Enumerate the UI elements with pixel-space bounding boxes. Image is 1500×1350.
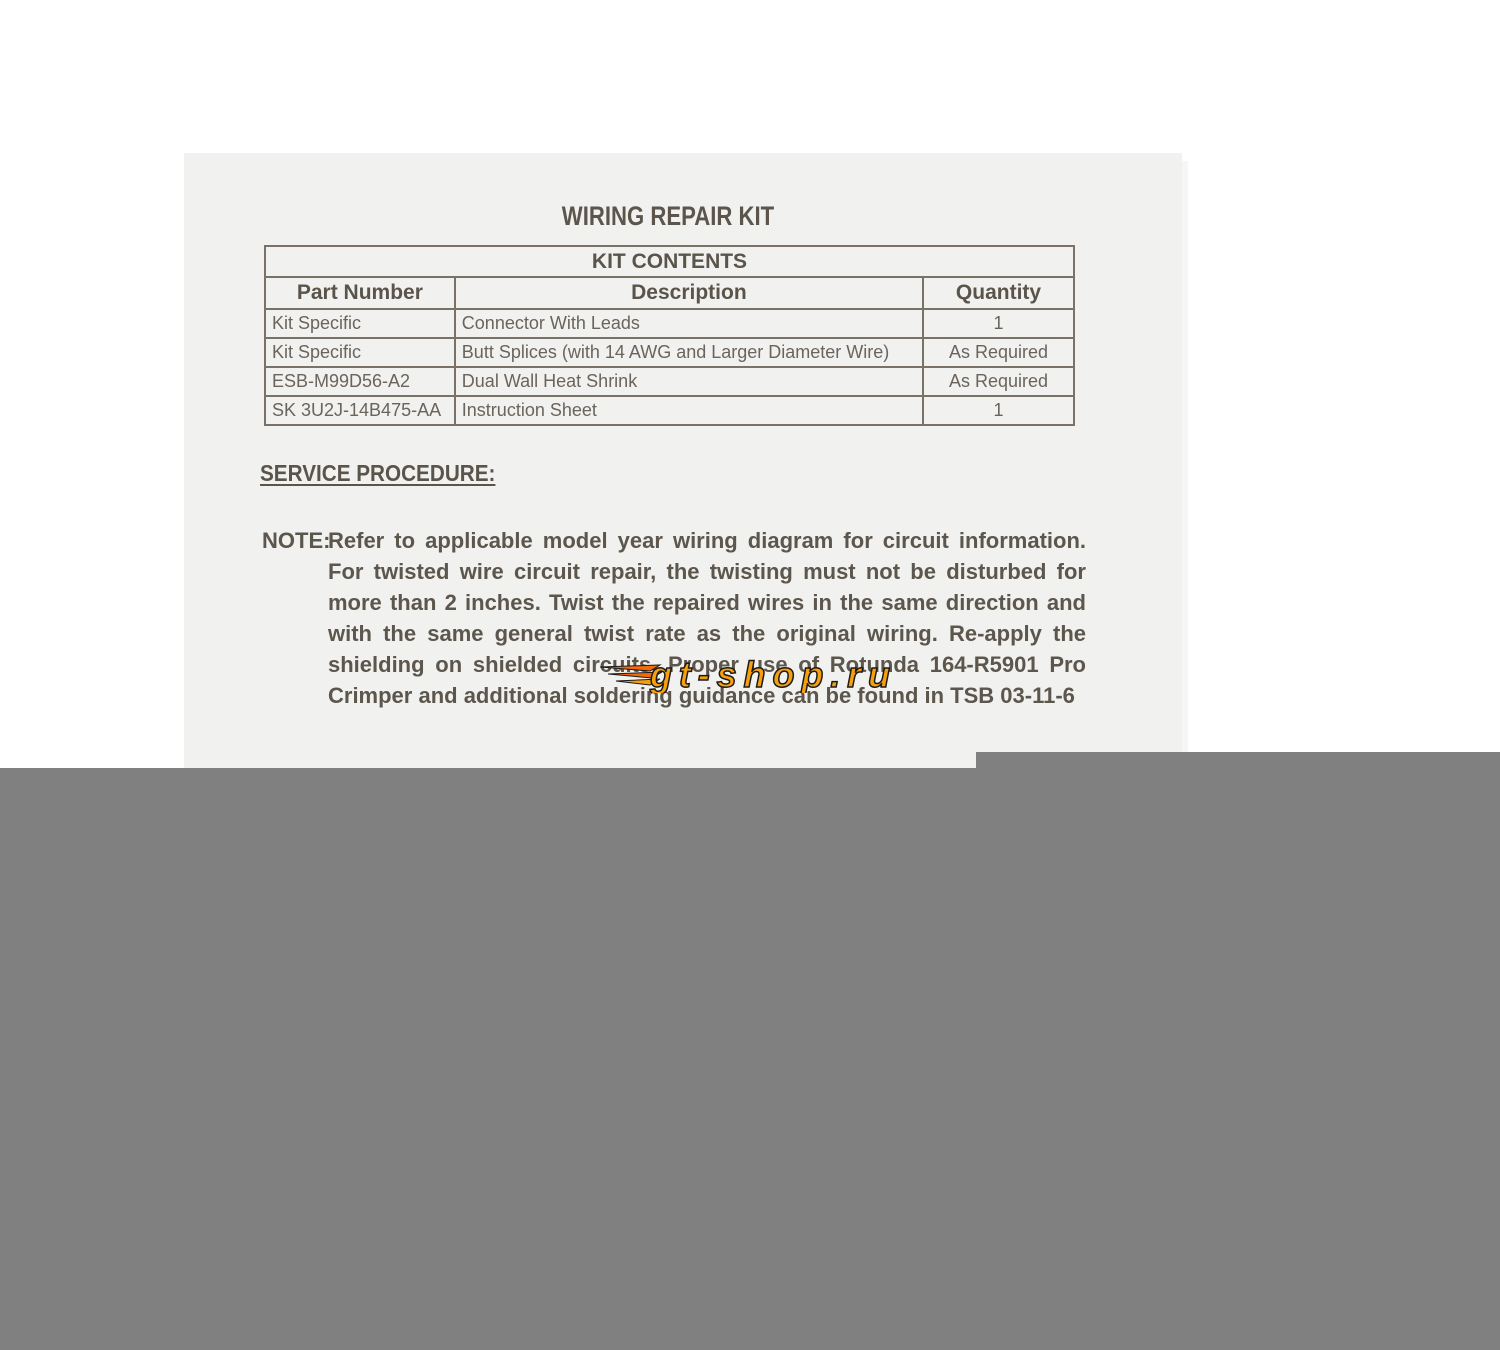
part-number-cell: Kit Specific (265, 338, 455, 367)
table-caption: KIT CONTENTS (265, 246, 1074, 277)
gt-shop-logo-watermark: gt-shop.ru (600, 655, 900, 693)
quantity-cell: 1 (923, 396, 1074, 425)
kit-contents-table: KIT CONTENTS Part Number Description Qua… (264, 245, 1075, 426)
description-cell: Butt Splices (with 14 AWG and Larger Dia… (455, 338, 923, 367)
watermark-text: gt-shop.ru (649, 655, 890, 693)
column-header-part-number: Part Number (265, 277, 455, 309)
column-header-quantity: Quantity (923, 277, 1074, 309)
quantity-cell: As Required (923, 367, 1074, 396)
part-number-cell: ESB-M99D56-A2 (265, 367, 455, 396)
description-cell: Dual Wall Heat Shrink (455, 367, 923, 396)
quantity-cell: 1 (923, 309, 1074, 338)
table-row: SK 3U2J-14B475-AA Instruction Sheet 1 (265, 396, 1074, 425)
part-number-cell: SK 3U2J-14B475-AA (265, 396, 455, 425)
table-row: ESB-M99D56-A2 Dual Wall Heat Shrink As R… (265, 367, 1074, 396)
quantity-cell: As Required (923, 338, 1074, 367)
description-cell: Connector With Leads (455, 309, 923, 338)
description-cell: Instruction Sheet (455, 396, 923, 425)
table-row: Kit Specific Connector With Leads 1 (265, 309, 1074, 338)
note-label: NOTE: (262, 525, 330, 556)
service-procedure-heading: SERVICE PROCEDURE: (260, 460, 495, 487)
table-row: Kit Specific Butt Splices (with 14 AWG a… (265, 338, 1074, 367)
column-header-description: Description (455, 277, 923, 309)
instruction-sheet: WIRING REPAIR KIT KIT CONTENTS Part Numb… (184, 153, 1182, 793)
part-number-cell: Kit Specific (265, 309, 455, 338)
document-title: WIRING REPAIR KIT (271, 201, 1065, 232)
gray-overlay (0, 768, 1500, 1350)
